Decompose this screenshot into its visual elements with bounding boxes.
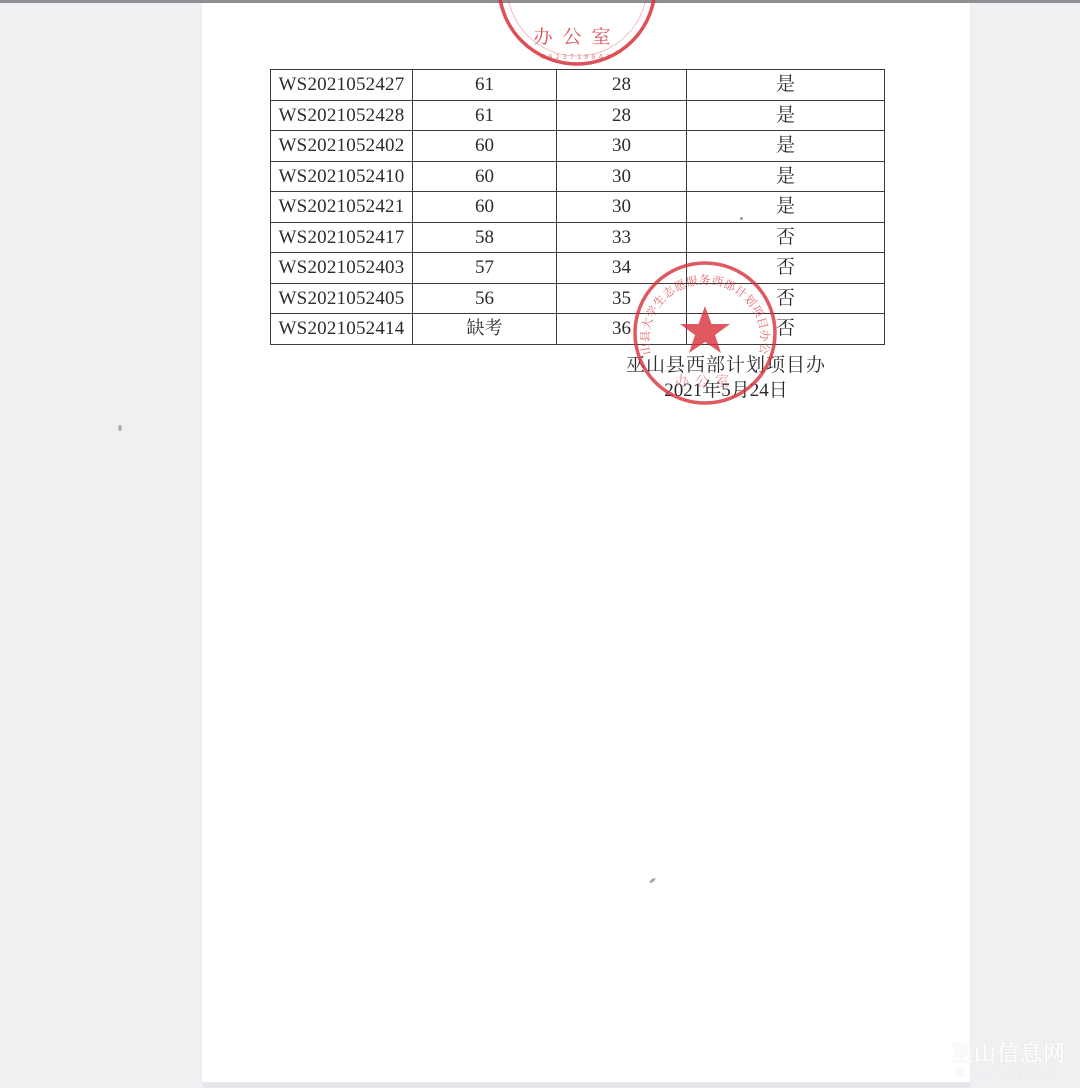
svg-text:办公室: 办公室 (533, 26, 620, 48)
score-cell: 61 (413, 70, 557, 101)
rank-cell: 30 (557, 131, 687, 162)
table-row: WS20210524175833否 (271, 222, 885, 253)
rank-cell: 30 (557, 192, 687, 223)
document-page: 办公室 0023710041 WS20210524276128是WS202105… (202, 3, 970, 1082)
rank-cell: 36 (557, 314, 687, 345)
candidate-id-cell: WS2021052410 (271, 161, 413, 192)
advance-status-cell: 否 (687, 253, 885, 284)
advance-status-cell: 是 (687, 70, 885, 101)
svg-text:0023710041: 0023710041 (541, 53, 613, 61)
candidate-id-cell: WS2021052402 (271, 131, 413, 162)
candidate-id-cell: WS2021052421 (271, 192, 413, 223)
advance-status-cell: 是 (687, 192, 885, 223)
score-cell: 56 (413, 283, 557, 314)
table-row: WS20210524106030是 (271, 161, 885, 192)
issue-date: 2021年5月24日 (606, 378, 846, 403)
scan-speck (649, 877, 656, 883)
score-cell: 57 (413, 253, 557, 284)
score-cell: 60 (413, 192, 557, 223)
rank-cell: 34 (557, 253, 687, 284)
score-cell: 61 (413, 100, 557, 131)
candidate-id-cell: WS2021052403 (271, 253, 413, 284)
official-seal-top-icon: 办公室 0023710041 (492, 0, 662, 71)
issuing-organization: 巫山县西部计划项目办 (606, 353, 846, 378)
rank-cell: 35 (557, 283, 687, 314)
score-cell: 60 (413, 131, 557, 162)
watermark-subtitle: 本土品质生活新媒体 (951, 1067, 1066, 1081)
table-row: WS20210524035734否 (271, 253, 885, 284)
advance-status-cell: 是 (687, 131, 885, 162)
rank-cell: 28 (557, 70, 687, 101)
table-row: WS20210524026030是 (271, 131, 885, 162)
score-table: WS20210524276128是WS20210524286128是WS2021… (270, 69, 885, 345)
rank-cell: 30 (557, 161, 687, 192)
candidate-id-cell: WS2021052405 (271, 283, 413, 314)
advance-status-cell: 是 (687, 161, 885, 192)
candidate-id-cell: WS2021052427 (271, 70, 413, 101)
scan-speck (118, 425, 122, 431)
table-row: WS20210524286128是 (271, 100, 885, 131)
table-row: WS20210524216030是 (271, 192, 885, 223)
score-cell: 60 (413, 161, 557, 192)
signature-block: 巫山县西部计划项目办 2021年5月24日 (606, 353, 846, 403)
candidate-id-cell: WS2021052417 (271, 222, 413, 253)
rank-cell: 33 (557, 222, 687, 253)
advance-status-cell: 否 (687, 283, 885, 314)
table-row: WS20210524055635否 (271, 283, 885, 314)
scan-speck (740, 217, 743, 220)
advance-status-cell: 否 (687, 314, 885, 345)
table-row: WS20210524276128是 (271, 70, 885, 101)
score-cell: 58 (413, 222, 557, 253)
candidate-id-cell: WS2021052428 (271, 100, 413, 131)
score-cell: 缺考 (413, 314, 557, 345)
candidate-id-cell: WS2021052414 (271, 314, 413, 345)
advance-status-cell: 否 (687, 222, 885, 253)
advance-status-cell: 是 (687, 100, 885, 131)
rank-cell: 28 (557, 100, 687, 131)
table-row: WS2021052414缺考36否 (271, 314, 885, 345)
watermark-title: 巫山信息网 (951, 1043, 1066, 1067)
scan-bottom-edge (202, 1082, 970, 1088)
site-watermark: 巫山信息网 本土品质生活新媒体 (951, 1043, 1066, 1081)
